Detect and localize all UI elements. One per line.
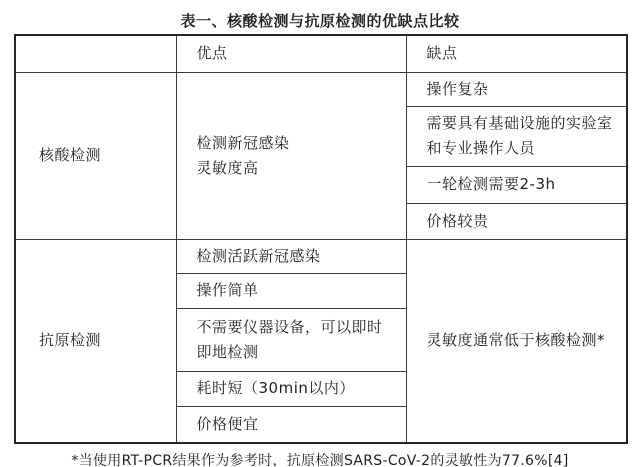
antigen-pro-detect: 检测活跃新冠感染 xyxy=(176,239,406,273)
category-nucleic-acid: 核酸检测 xyxy=(15,72,176,239)
footnote: *当使用RT-PCR结果作为参考时，抗原检测SARS-CoV-2的灵敏性为77.… xyxy=(0,450,640,467)
antigen-pro-fast: 耗时短（30min以内） xyxy=(176,371,406,406)
antigen-cons-cell: 灵敏度通常低于核酸检测* xyxy=(406,239,627,443)
nucleic-con-price: 价格较贵 xyxy=(406,203,627,239)
header-category-cell xyxy=(15,35,176,72)
nucleic-con-time: 一轮检测需要2-3h xyxy=(406,166,627,203)
page: 表一、核酸检测与抗原检测的优缺点比较 优点 缺点 核酸检测 检测新冠感染 灵敏度… xyxy=(0,0,640,467)
category-antigen: 抗原检测 xyxy=(15,239,176,443)
antigen-pro-cheap: 价格便宜 xyxy=(176,406,406,443)
nucleic-pros-cell: 检测新冠感染 灵敏度高 xyxy=(176,72,406,239)
table-row: 核酸检测 检测新冠感染 灵敏度高 操作复杂 xyxy=(15,72,627,106)
table-row: 抗原检测 检测活跃新冠感染 灵敏度通常低于核酸检测* xyxy=(15,239,627,273)
header-row: 优点 缺点 xyxy=(15,35,627,72)
comparison-table: 优点 缺点 核酸检测 检测新冠感染 灵敏度高 操作复杂 需要具有基础设施的实验室… xyxy=(14,34,628,444)
table-title: 表一、核酸检测与抗原检测的优缺点比较 xyxy=(0,0,640,30)
header-pros-cell: 优点 xyxy=(176,35,406,72)
nucleic-pro-detect: 检测新冠感染 xyxy=(197,131,396,156)
antigen-pro-no-equipment: 不需要仪器设备，可以即时即地检测 xyxy=(176,308,406,371)
header-cons-cell: 缺点 xyxy=(406,35,627,72)
nucleic-con-complex: 操作复杂 xyxy=(406,72,627,106)
nucleic-pro-sensitivity: 灵敏度高 xyxy=(197,156,396,181)
antigen-pro-simple: 操作简单 xyxy=(176,273,406,308)
nucleic-con-lab: 需要具有基础设施的实验室和专业操作人员 xyxy=(406,106,627,166)
